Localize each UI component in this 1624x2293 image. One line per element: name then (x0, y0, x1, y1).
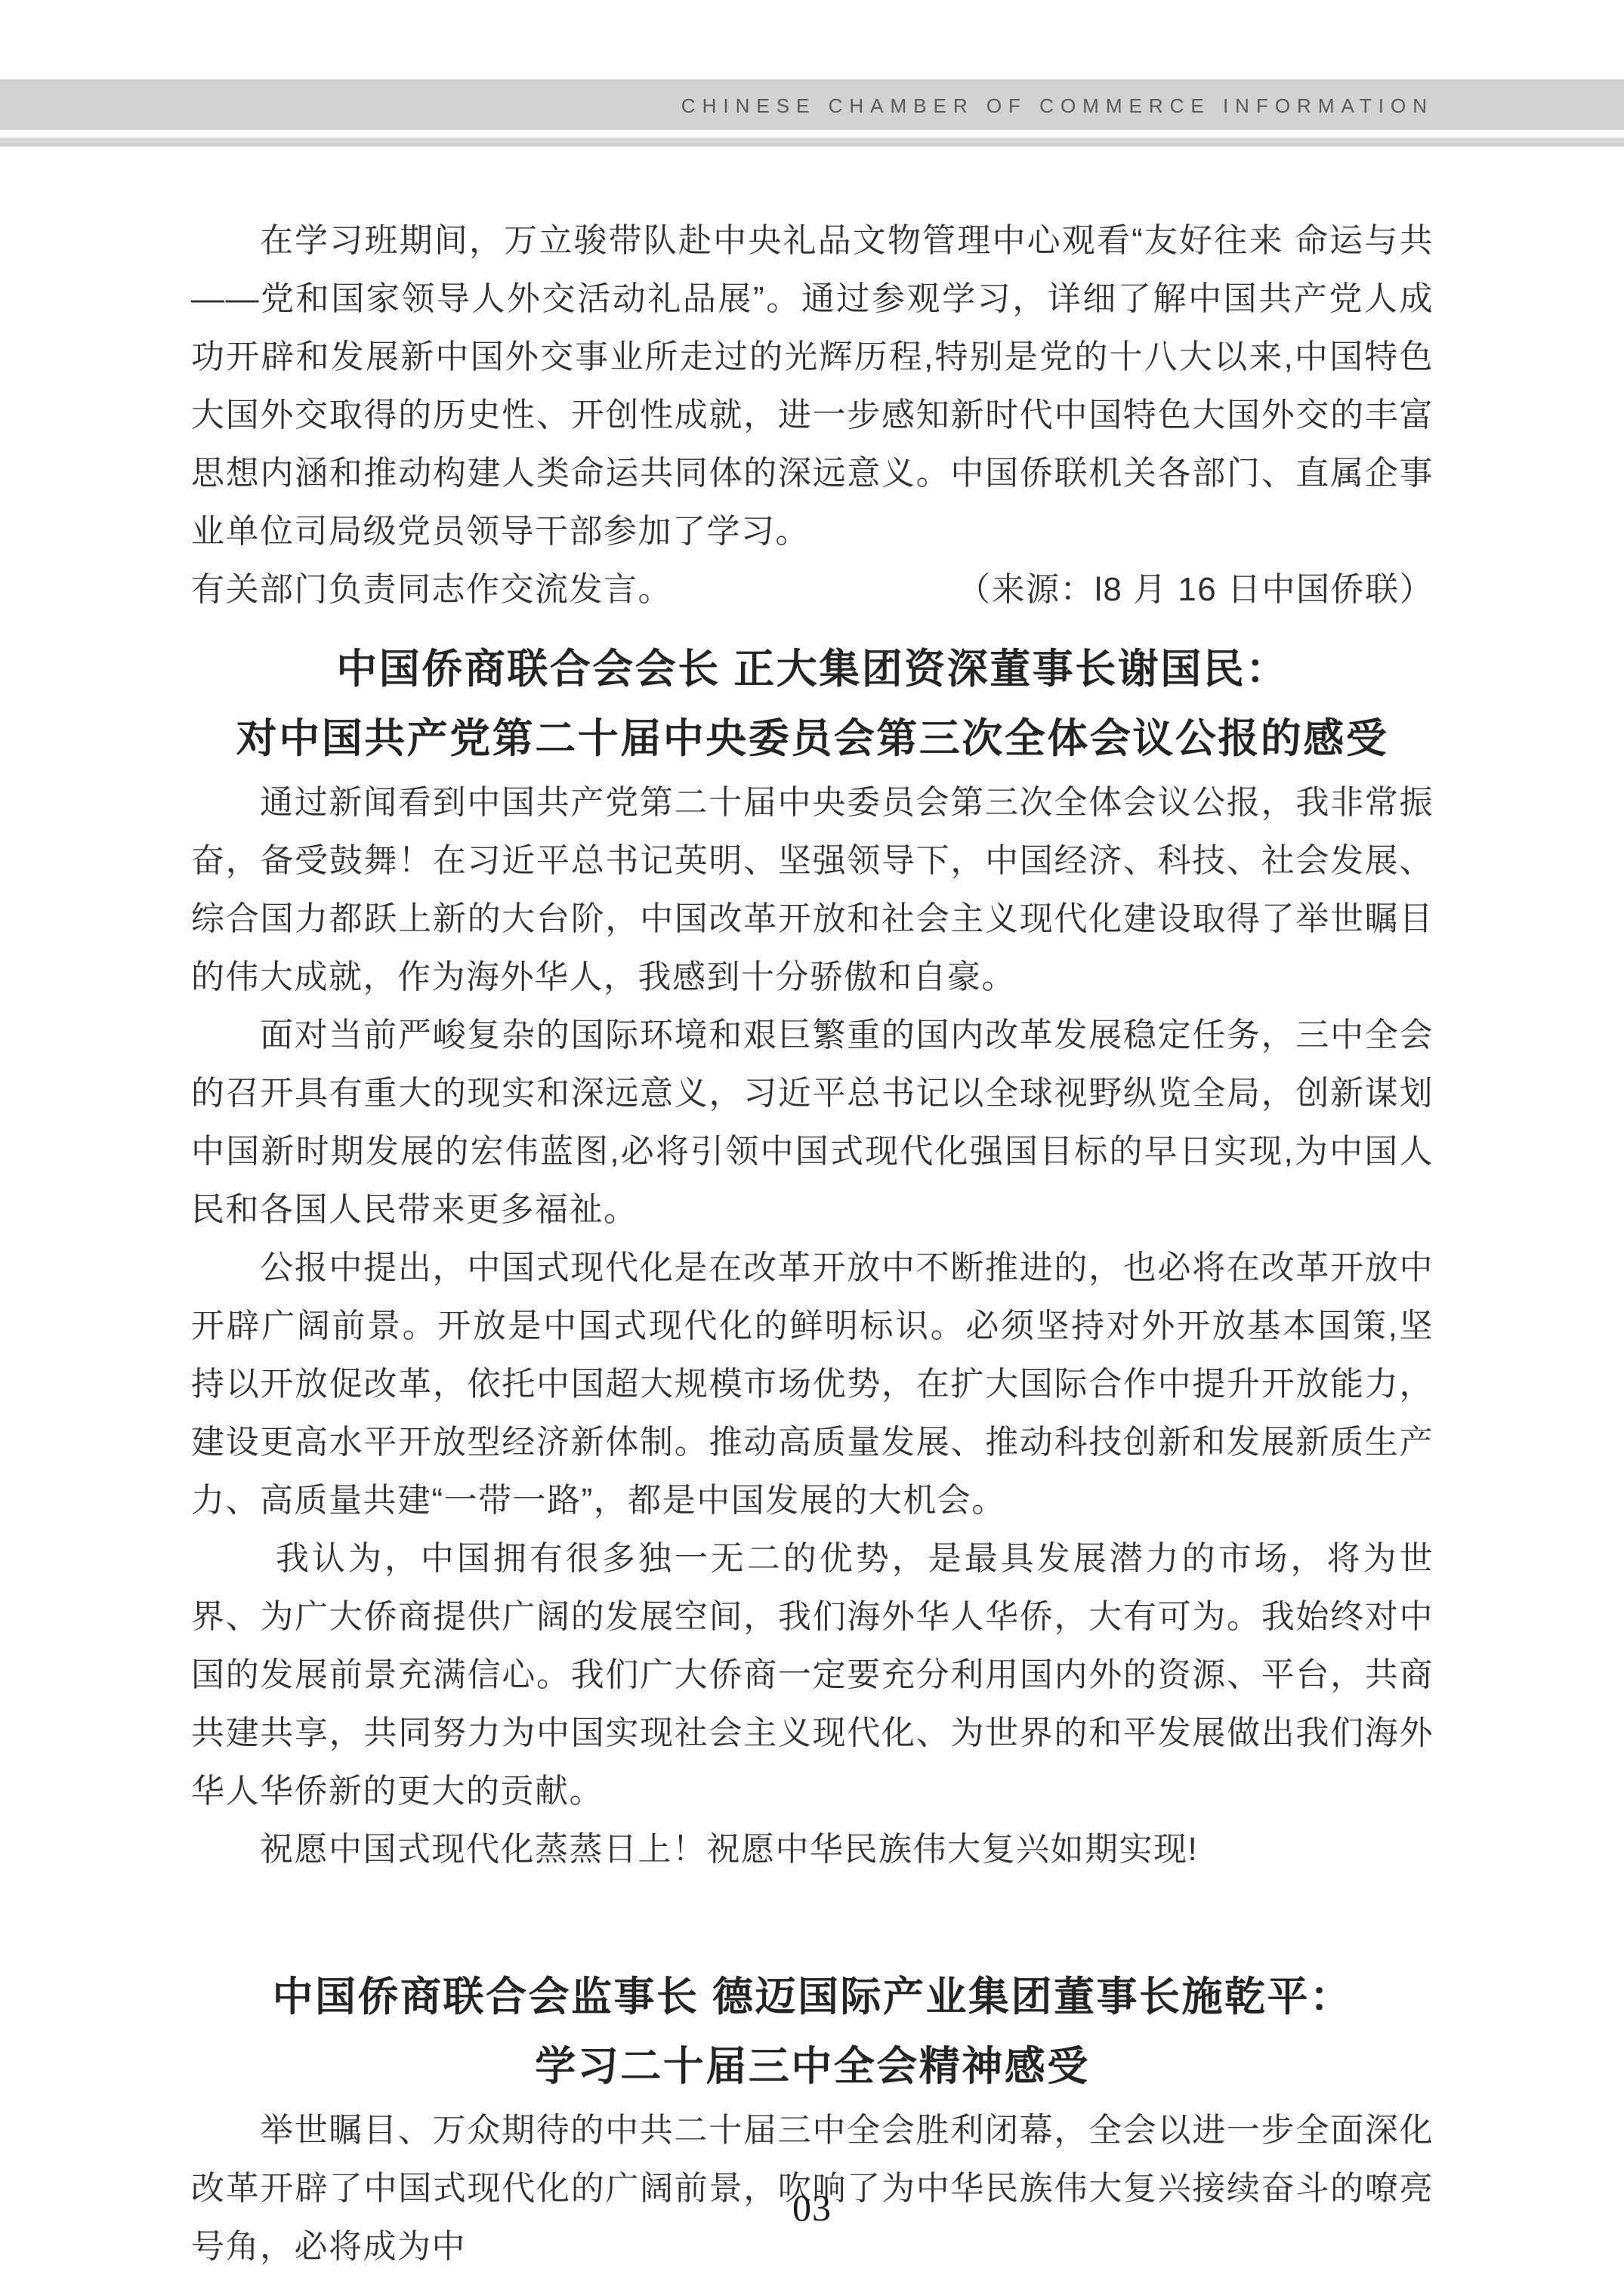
document-page: CHINESE CHAMBER OF COMMERCE INFORMATION … (0, 0, 1624, 2293)
article3-heading-line2: 学习二十届三中全会精神感受 (191, 2032, 1434, 2101)
article2-paragraph-1: 通过新闻看到中国共产党第二十届中央委员会第三次全体会议公报，我非常振奋，备受鼓舞… (191, 773, 1434, 1006)
article2-heading-line2: 对中国共产党第二十届中央委员会第三次全体会议公报的感受 (191, 704, 1434, 773)
text-column: 在学习班期间，万立骏带队赴中央礼品文物管理中心观看“友好往来 命运与共——党和国… (191, 0, 1434, 2276)
article3-heading-line1: 中国侨商联合会监事长 德迈国际产业集团董事长施乾平： (191, 1962, 1434, 2032)
article2-paragraph-5: 祝愿中国式现代化蒸蒸日上！祝愿中华民族伟大复兴如期实现! (191, 1820, 1434, 1878)
article1-source-note: （来源：l8 月 16 日中国侨联） (957, 560, 1434, 619)
page-number: 03 (0, 2185, 1624, 2230)
article2-paragraph-2: 面对当前严峻复杂的国际环境和艰巨繁重的国内改革发展稳定任务，三中全会的召开具有重… (191, 1006, 1434, 1239)
article1-closing-line: 有关部门负责同志作交流发言。 （来源：l8 月 16 日中国侨联） (191, 560, 1434, 619)
article3-heading: 中国侨商联合会监事长 德迈国际产业集团董事长施乾平： 学习二十届三中全会精神感受 (191, 1962, 1434, 2101)
article1-closing-text: 有关部门负责同志作交流发言。 (191, 560, 672, 619)
article1-paragraph: 在学习班期间，万立骏带队赴中央礼品文物管理中心观看“友好往来 命运与共——党和国… (191, 211, 1434, 560)
article2-heading-line1: 中国侨商联合会会长 正大集团资深董事长谢国民： (191, 634, 1434, 704)
article2-heading: 中国侨商联合会会长 正大集团资深董事长谢国民： 对中国共产党第二十届中央委员会第… (191, 634, 1434, 773)
article2-paragraph-3: 公报中提出，中国式现代化是在改革开放中不断推进的，也必将在改革开放中开辟广阔前景… (191, 1239, 1434, 1529)
article2-paragraph-4: 我认为，中国拥有很多独一无二的优势，是最具发展潜力的市场，将为世界、为广大侨商提… (191, 1529, 1434, 1820)
